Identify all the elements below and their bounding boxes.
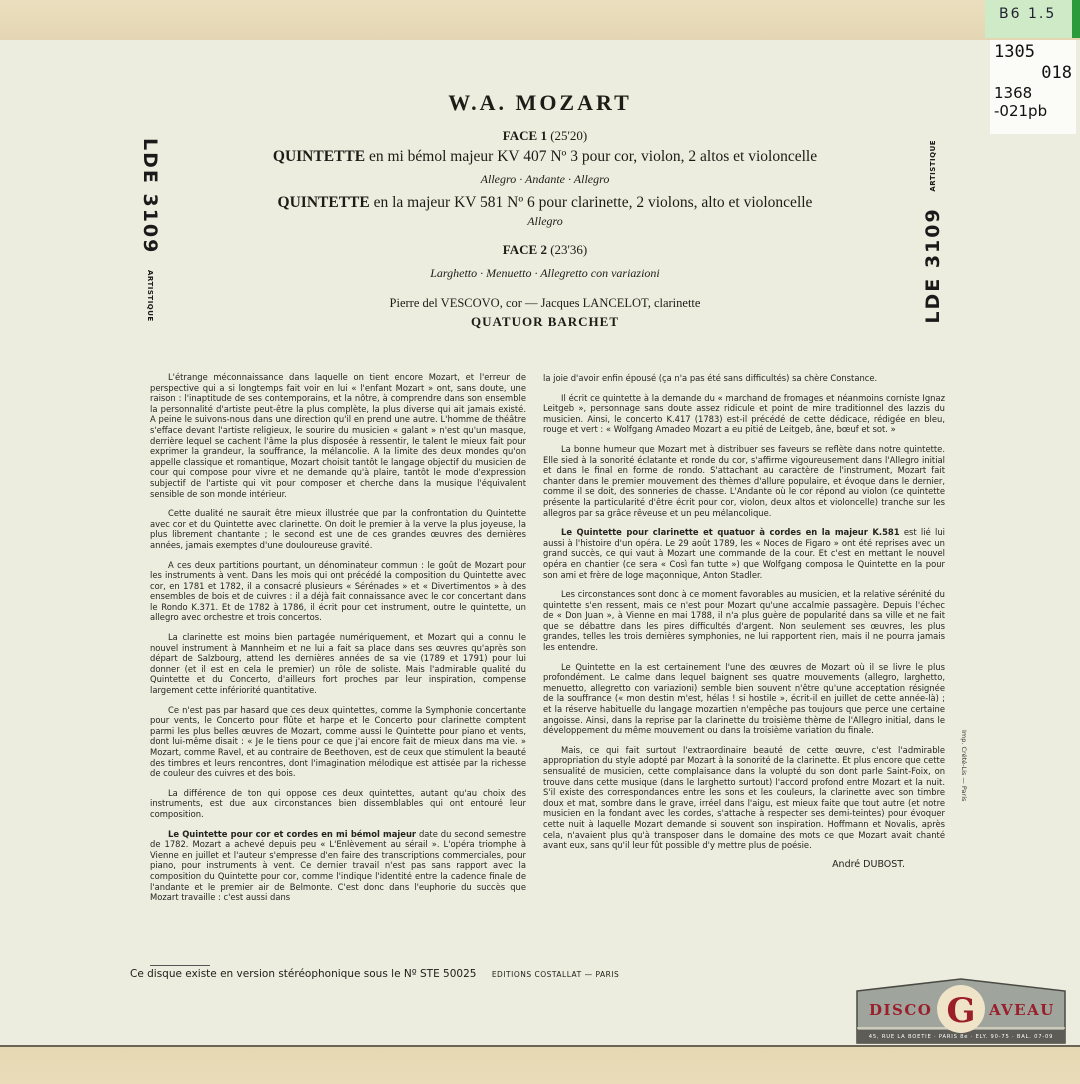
liner-paragraph: Ce n'est pas par hasard que ces deux qui… <box>150 705 526 779</box>
liner-paragraph: Les circonstances sont donc à ce moment … <box>543 589 945 653</box>
sticker-line: 018 <box>994 63 1072 84</box>
work-2-title: QUINTETTE en la majeur KV 581 Nº 6 pour … <box>150 194 940 212</box>
face-1-heading: FACE 1 (25'20) <box>150 128 940 144</box>
liner-paragraph: A ces deux partitions pourtant, un dénom… <box>150 560 526 624</box>
liner-notes-left-column: L'étrange méconnaissance dans laquelle o… <box>150 372 526 912</box>
sticker-line: 1305 <box>994 42 1072 63</box>
liner-paragraph: Mais, ce qui fait surtout l'extraordinai… <box>543 745 945 851</box>
composer-title: W.A. MOZART <box>0 90 1080 116</box>
liner-paragraph: Il écrit ce quintette à la demande du « … <box>543 393 945 435</box>
liner-text: date du second semestre de 1782. Mozart … <box>150 829 526 903</box>
face-label: FACE 1 <box>503 128 547 143</box>
footer-rule <box>150 965 210 966</box>
work-title-bold: QUINTETTE <box>278 194 370 211</box>
work-1-title: QUINTETTE en mi bémol majeur KV 407 Nº 3… <box>150 148 940 166</box>
liner-paragraph: Le Quintette en la est certainement l'un… <box>543 662 945 736</box>
dealer-logo-right-text: AVEAU <box>989 1001 1055 1019</box>
outer-sleeve-top-edge <box>0 0 1080 42</box>
liner-paragraph: la joie d'avoir enfin épousé (ça n'a pas… <box>543 373 945 384</box>
face-2-movements: Larghetto · Menuetto · Allegretto con va… <box>150 266 940 281</box>
stereo-note: Ce disque existe en version stéréophoniq… <box>130 968 476 980</box>
face-2-heading: FACE 2 (23'36) <box>150 242 940 258</box>
liner-paragraph: Le Quintette pour cor et cordes en mi bé… <box>150 829 526 903</box>
printer-credit: Imp. Crété-Lis — Paris <box>960 730 968 801</box>
work-title-rest: en la majeur KV 581 Nº 6 pour clarinette… <box>370 194 813 211</box>
liner-bold-lead: Le Quintette pour clarinette et quatuor … <box>561 527 900 537</box>
soloists: Pierre del VESCOVO, cor — Jacques LANCEL… <box>150 296 940 311</box>
work-title-rest: en mi bémol majeur KV 407 Nº 3 pour cor,… <box>365 148 817 165</box>
work-title-bold: QUINTETTE <box>273 148 365 165</box>
inventory-tab: B6 1.5 <box>985 0 1080 38</box>
ensemble-name: QUATUOR BARCHET <box>150 314 940 330</box>
face-duration: (25'20) <box>550 128 587 143</box>
liner-paragraph: Cette dualité ne saurait être mieux illu… <box>150 508 526 550</box>
dealer-logo-left-text: DISCO <box>869 1001 932 1019</box>
liner-paragraph: L'étrange méconnaissance dans laquelle o… <box>150 372 526 499</box>
author-signature: André DUBOST. <box>543 860 905 871</box>
footer-line: Ce disque existe en version stéréophoniq… <box>130 968 619 980</box>
inventory-sticker: 1305 018 1368 -021pb <box>990 40 1076 134</box>
liner-paragraph: La différence de ton qui oppose ces deux… <box>150 788 526 820</box>
dealer-logo-disco-gaveau: G DISCO AVEAU 45, RUE LA BOETIE · PARIS … <box>853 977 1069 1047</box>
liner-paragraph: Le Quintette pour clarinette et quatuor … <box>543 527 945 580</box>
liner-paragraph: La bonne humeur que Mozart met à distrib… <box>543 444 945 518</box>
liner-paragraph: La clarinette est moins bien partagée nu… <box>150 632 526 696</box>
work-1-movements: Allegro · Andante · Allegro <box>150 172 940 187</box>
outer-sleeve-bottom-edge <box>0 1045 1080 1084</box>
dealer-address: 45, RUE LA BOETIE · PARIS 8e · ELY. 90-7… <box>859 1034 1063 1040</box>
publisher-credit: EDITIONS COSTALLAT — PARIS <box>492 970 620 979</box>
face-duration: (23'36) <box>550 242 587 257</box>
face-label: FACE 2 <box>503 242 547 257</box>
svg-text:G: G <box>946 991 975 1031</box>
work-2-movements: Allegro <box>150 214 940 229</box>
liner-bold-lead: Le Quintette pour cor et cordes en mi bé… <box>168 829 416 839</box>
liner-notes-right-column: la joie d'avoir enfin épousé (ça n'a pas… <box>543 373 945 870</box>
